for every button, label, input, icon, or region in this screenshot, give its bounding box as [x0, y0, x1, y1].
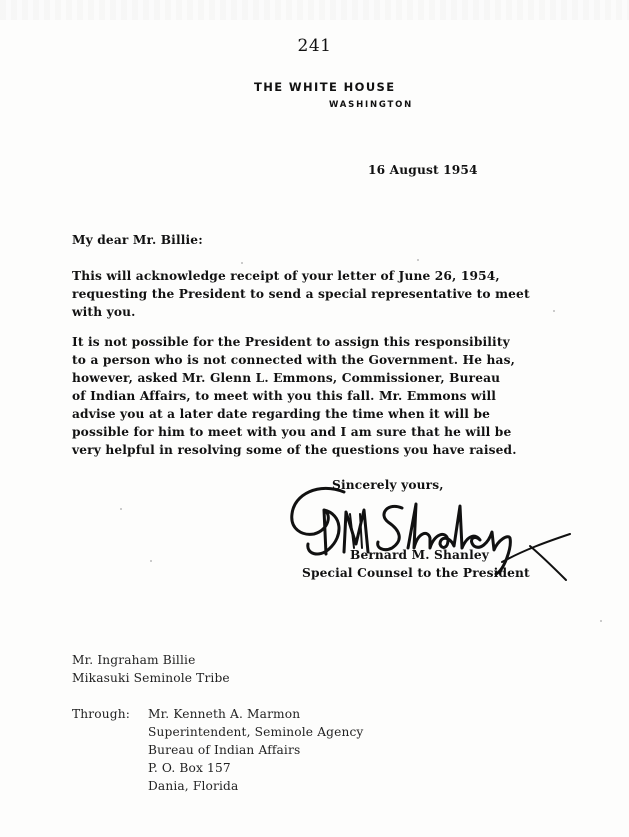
signer-name: Bernard M. Shanley — [350, 546, 489, 564]
paragraph-line: This will acknowledge receipt of your le… — [72, 267, 530, 285]
letter-page: 241 THE WHITE HOUSE WASHINGTON 16 August… — [0, 0, 629, 837]
letter-date: 16 August 1954 — [368, 161, 478, 179]
paragraph-line: very helpful in resolving some of the qu… — [72, 441, 517, 459]
paragraph-line: It is not possible for the President to … — [72, 333, 517, 351]
paragraph-line: advise you at a later date regarding the… — [72, 405, 517, 423]
paragraph-line: possible for him to meet with you and I … — [72, 423, 517, 441]
through-line: P. O. Box 157 — [148, 759, 363, 777]
through-line: Bureau of Indian Affairs — [148, 741, 363, 759]
body-paragraph-1: This will acknowledge receipt of your le… — [72, 267, 530, 321]
scan-speck — [417, 259, 419, 261]
page-number: 241 — [0, 36, 629, 56]
scan-speck — [120, 508, 122, 510]
scan-speck — [600, 620, 602, 622]
through-line: Superintendent, Seminole Agency — [148, 723, 363, 741]
through-line: Dania, Florida — [148, 777, 363, 795]
paragraph-line: requesting the President to send a speci… — [72, 285, 530, 303]
through-line: Mr. Kenneth A. Marmon — [148, 705, 363, 723]
signer-title: Special Counsel to the President — [302, 564, 530, 582]
addressee-line: Mikasuki Seminole Tribe — [72, 669, 230, 687]
addressee-block: Mr. Ingraham Billie Mikasuki Seminole Tr… — [72, 651, 230, 687]
addressee-line: Mr. Ingraham Billie — [72, 651, 230, 669]
scan-bleed-through — [0, 0, 629, 20]
paragraph-line: however, asked Mr. Glenn L. Emmons, Comm… — [72, 369, 517, 387]
body-paragraph-2: It is not possible for the President to … — [72, 333, 517, 459]
scan-speck — [553, 310, 555, 312]
paragraph-line: to a person who is not connected with th… — [72, 351, 517, 369]
paragraph-line: of Indian Affairs, to meet with you this… — [72, 387, 517, 405]
letterhead-city: WASHINGTON — [329, 100, 413, 110]
salutation: My dear Mr. Billie: — [72, 231, 203, 249]
through-address: Mr. Kenneth A. Marmon Superintendent, Se… — [148, 705, 363, 795]
paragraph-line: with you. — [72, 303, 530, 321]
letterhead-title: THE WHITE HOUSE — [254, 80, 396, 94]
through-label: Through: — [72, 705, 130, 723]
scan-speck — [150, 560, 152, 562]
scan-speck — [241, 262, 243, 264]
